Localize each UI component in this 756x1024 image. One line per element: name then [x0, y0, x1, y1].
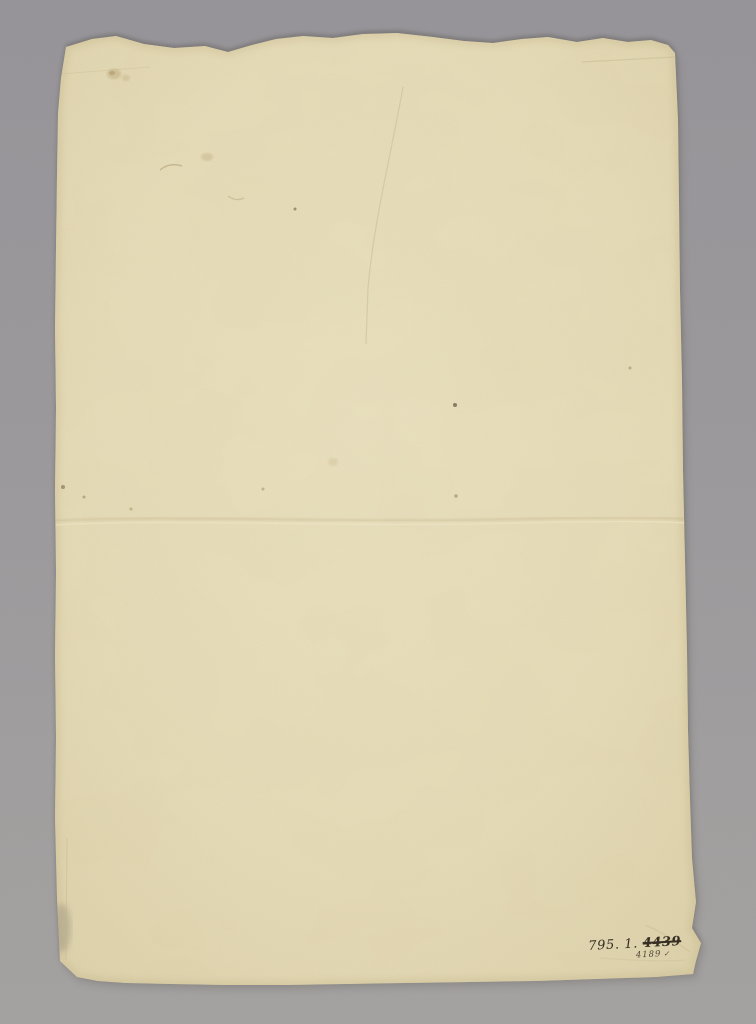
photograph-backdrop: 795. 1. 4439 4189✓ — [0, 0, 756, 1024]
photo-grain-overlay — [0, 0, 756, 1024]
paper-sheet-graphic — [0, 0, 756, 1024]
